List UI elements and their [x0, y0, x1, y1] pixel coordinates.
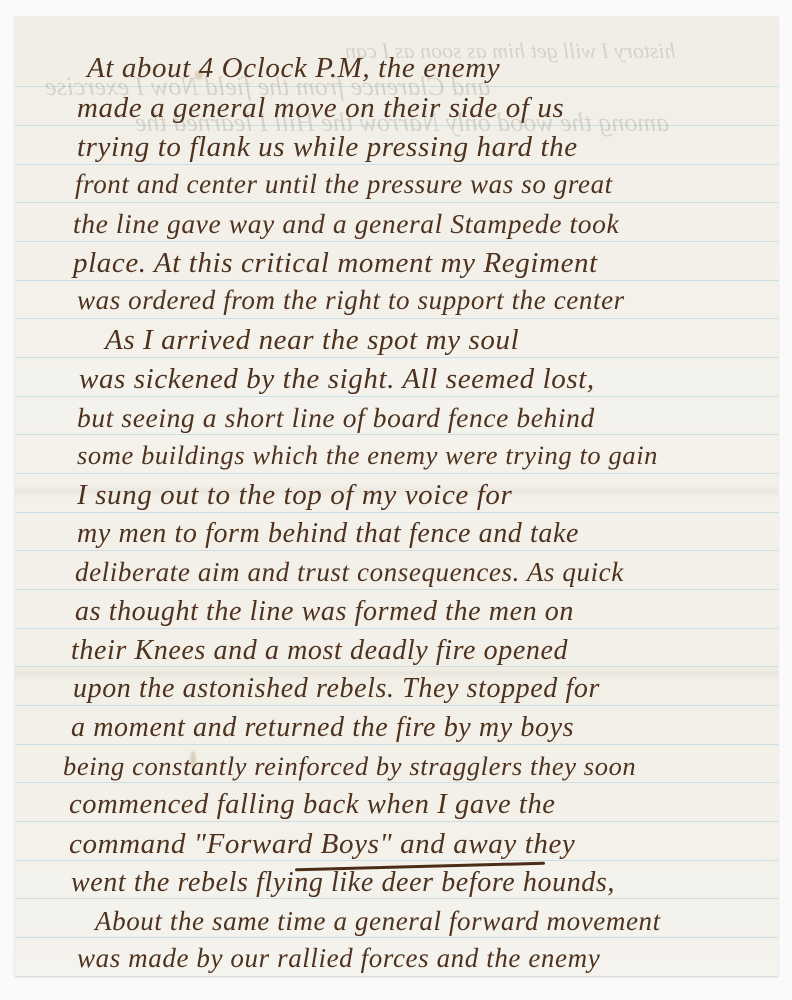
handwritten-line: At about 4 Oclock P.M, the enemy	[87, 52, 500, 85]
handwritten-line: a moment and returned the fire by my boy…	[71, 712, 574, 744]
ruled-line	[15, 512, 778, 513]
ruled-line	[15, 782, 778, 783]
handwritten-line: as thought the line was formed the men o…	[75, 596, 574, 628]
handwritten-line: went the rebels flying like deer before …	[71, 867, 615, 899]
handwritten-line: some buildings which the enemy were tryi…	[77, 440, 658, 471]
ruled-line	[15, 550, 778, 551]
handwritten-line: was made by our rallied forces and the e…	[77, 943, 600, 974]
handwritten-line: front and center until the pressure was …	[75, 169, 613, 200]
ruled-line	[15, 473, 778, 474]
ruled-line	[15, 280, 778, 281]
ruled-line	[15, 628, 778, 629]
handwritten-line: the line gave way and a general Stampede…	[73, 208, 619, 240]
handwritten-line: commenced falling back when I gave the	[69, 789, 556, 821]
ruled-line	[15, 434, 778, 435]
handwritten-line: was ordered from the right to support th…	[77, 285, 625, 316]
handwritten-line: I sung out to the top of my voice for	[77, 479, 512, 512]
ruled-line	[15, 705, 778, 706]
handwritten-line: As I arrived near the spot my soul	[105, 324, 519, 357]
ruled-line	[15, 744, 778, 745]
handwritten-line: my men to form behind that fence and tak…	[77, 518, 579, 550]
ruled-line	[15, 357, 778, 358]
handwritten-line: but seeing a short line of board fence b…	[77, 402, 595, 434]
handwritten-line: was sickened by the sight. All seemed lo…	[79, 363, 595, 396]
handwritten-line: command "Forward Boys" and away they	[69, 828, 575, 861]
handwritten-line: upon the astonished rebels. They stopped…	[73, 673, 600, 705]
ruled-line	[15, 589, 778, 590]
handwritten-line: deliberate aim and trust consequences. A…	[75, 557, 624, 588]
handwritten-line: being constantly reinforced by straggler…	[63, 751, 636, 782]
ruled-line	[15, 821, 778, 822]
letter-page: history I will get him as soon as I can …	[15, 16, 778, 976]
ruled-line	[15, 202, 778, 203]
ruled-line	[15, 164, 778, 165]
ruled-line	[15, 937, 778, 938]
handwritten-line: place. At this critical moment my Regime…	[73, 247, 598, 280]
handwritten-line: made a general move on their side of us	[77, 92, 564, 125]
ruled-line	[15, 241, 778, 242]
ruled-line	[15, 396, 778, 397]
handwritten-line: trying to flank us while pressing hard t…	[77, 131, 578, 164]
handwritten-line: their Knees and a most deadly fire opene…	[71, 635, 568, 667]
ruled-line	[15, 318, 778, 319]
handwritten-line: About the same time a general forward mo…	[95, 906, 661, 937]
